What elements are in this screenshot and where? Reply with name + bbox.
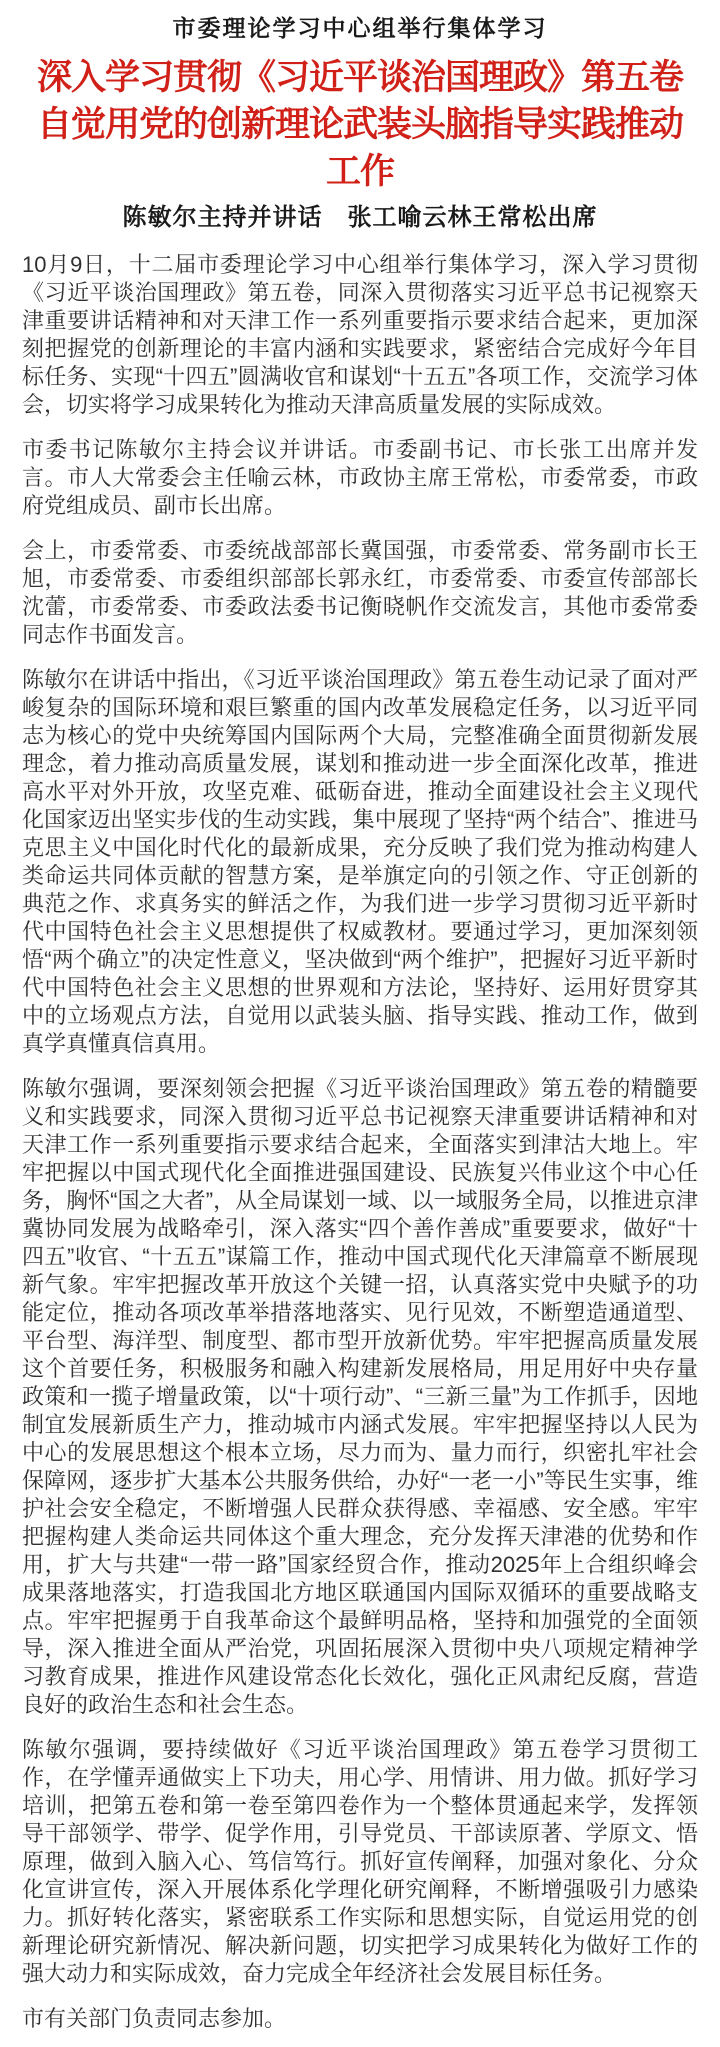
body-paragraph: 陈敏尔强调，要持续做好《习近平谈治国理政》第五卷学习贯彻工作，在学懂弄通做实上下… xyxy=(22,1736,698,1988)
headline-line-2: 自觉用党的创新理论武装头脑指导实践推动工作 xyxy=(22,101,698,195)
body-paragraph: 陈敏尔在讲话中指出，《习近平谈治国理政》第五卷生动记录了面对严峻复杂的国际环境和… xyxy=(22,666,698,1058)
body-paragraph: 会上，市委常委、市委统战部部长冀国强，市委常委、常务副市长王旭，市委常委、市委组… xyxy=(22,537,698,649)
headline-line-1: 深入学习贯彻《习近平谈治国理政》第五卷 xyxy=(22,54,698,101)
byline: 陈敏尔主持并讲话 张工喻云林王常松出席 xyxy=(22,201,698,235)
body-paragraph: 陈敏尔强调，要深刻领会把握《习近平谈治国理政》第五卷的精髓要义和实践要求，同深入… xyxy=(22,1075,698,1719)
kicker-title: 市委理论学习中心组举行集体学习 xyxy=(22,12,698,46)
article-page: 市委理论学习中心组举行集体学习 深入学习贯彻《习近平谈治国理政》第五卷 自觉用党… xyxy=(0,0,720,2047)
body-paragraph: 市委书记陈敏尔主持会议并讲话。市委副书记、市长张工出席并发言。市人大常委会主任喻… xyxy=(22,436,698,520)
body-paragraph: 市有关部门负责同志参加。 xyxy=(22,2005,698,2033)
article-body: 10月9日，十二届市委理论学习中心组举行集体学习，深入学习贯彻《习近平谈治国理政… xyxy=(22,251,698,2033)
main-headline: 深入学习贯彻《习近平谈治国理政》第五卷 自觉用党的创新理论武装头脑指导实践推动工… xyxy=(22,54,698,195)
body-paragraph: 10月9日，十二届市委理论学习中心组举行集体学习，深入学习贯彻《习近平谈治国理政… xyxy=(22,251,698,419)
